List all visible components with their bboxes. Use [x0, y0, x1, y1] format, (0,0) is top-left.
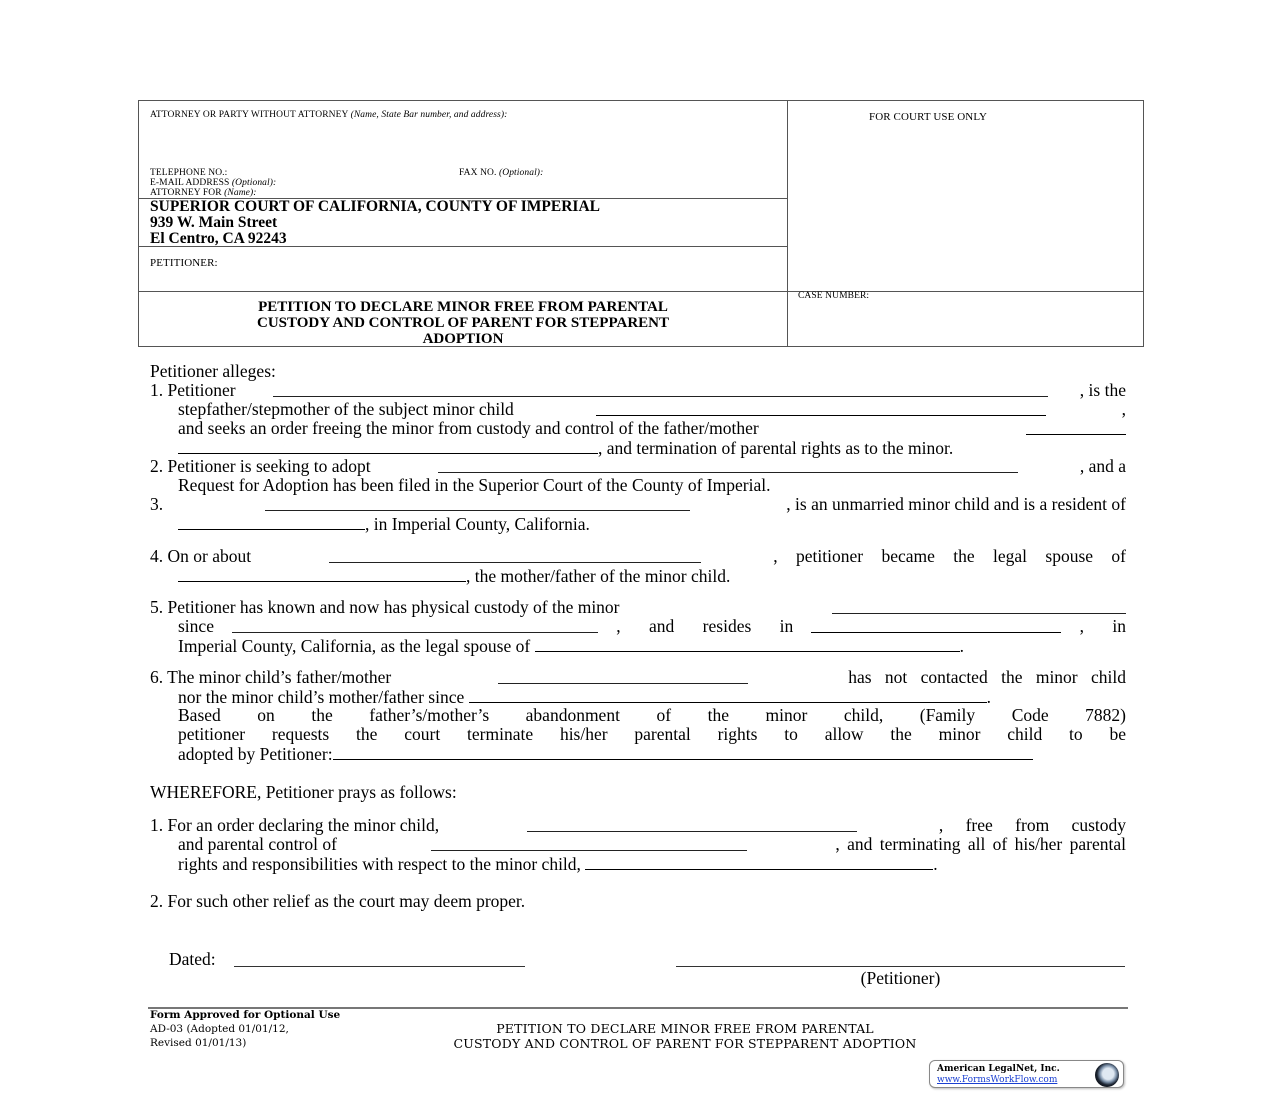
fax-field[interactable]: FAX NO. (Optional): [459, 168, 543, 178]
absent-parent-blank[interactable] [498, 668, 748, 684]
text: . [933, 854, 937, 874]
allegation-2: 2. Petitioner is seeking to adopt , and … [150, 457, 1126, 476]
attorney-for-field[interactable]: ATTORNEY FOR (Name): [150, 188, 276, 198]
petitioner-signature-line[interactable] [676, 966, 1125, 967]
text: , and terminating all of his/her parenta… [835, 835, 1126, 854]
revised-date: Revised 01/01/13) [150, 1036, 340, 1050]
allegation-6-line3: Based on the father’s/mother’s abandonme… [178, 706, 1126, 725]
prayer-2: 2. For such other relief as the court ma… [150, 892, 1126, 911]
marriage-date-blank[interactable] [329, 547, 701, 563]
prayer-minor-child-blank[interactable] [585, 854, 933, 870]
allegation-6: 6. The minor child’s father/mother has n… [150, 668, 1126, 687]
email-hint: (Optional): [232, 178, 276, 188]
text: stepfather/stepmother of the subject min… [178, 400, 514, 419]
footer-title-line: CUSTODY AND CONTROL OF PARENT FOR STEPPA… [370, 1036, 1000, 1051]
allegation-1-line2: stepfather/stepmother of the subject min… [178, 400, 1126, 419]
vendor-link[interactable]: www.FormsWorkFlow.com [937, 1075, 1057, 1085]
text: nor the minor child’s mother/father sinc… [178, 687, 464, 707]
text: and parental control of [178, 835, 337, 854]
case-number-label: CASE NUMBER: [798, 291, 869, 301]
telephone-label: TELEPHONE NO.: [150, 168, 227, 178]
text: , petitioner became the legal spouse of [773, 547, 1126, 566]
text: Imperial County, California, as the lega… [178, 636, 530, 656]
petitioner-field[interactable]: PETITIONER: [150, 257, 218, 269]
petitioner-label: PETITIONER: [150, 257, 218, 269]
text: has not contacted the minor child [848, 668, 1126, 687]
text: 1. For an order declaring the minor chil… [150, 816, 439, 835]
text: , is an unmarried minor child and is a r… [786, 495, 1126, 514]
spouse-name-blank[interactable] [178, 566, 466, 582]
text: , is the [1080, 381, 1126, 400]
petitioner-signature-label: (Petitioner) [676, 969, 1125, 988]
allegation-1-line3: and seeks an order freeing the minor fro… [178, 419, 1126, 438]
text: since [178, 617, 214, 636]
vendor-badge[interactable]: American LegalNet, Inc. www.FormsWorkFlo… [929, 1060, 1124, 1088]
fax-hint: (Optional): [499, 168, 543, 178]
allegation-6-line4: petitioner requests the court terminate … [178, 725, 1126, 744]
text: and seeks an order freeing the minor fro… [178, 419, 759, 438]
residence-blank[interactable] [178, 514, 365, 530]
allegation-5-line2: since , and resides in , in [178, 617, 1126, 636]
no-contact-since-blank[interactable] [469, 687, 987, 703]
text: . [960, 636, 964, 656]
footer-title-line: PETITION TO DECLARE MINOR FREE FROM PARE… [370, 1021, 1000, 1036]
minor-child-blank[interactable] [596, 400, 1046, 416]
legal-spouse-blank[interactable] [535, 636, 960, 652]
text: , and a [1080, 457, 1126, 476]
attorney-label: ATTORNEY OR PARTY WITHOUT ATTORNEY [150, 110, 348, 120]
prayer-minor-blank[interactable] [527, 816, 857, 832]
allegation-4: 4. On or about , petitioner became the l… [150, 547, 1126, 566]
text: 1. Petitioner [150, 381, 236, 400]
text: , in Imperial County, California. [365, 514, 590, 534]
petitioner-name-blank[interactable] [273, 381, 1048, 397]
text: 2. Petitioner is seeking to adopt [150, 457, 371, 476]
allegation-1-line4: , and termination of parental rights as … [178, 438, 1126, 458]
telephone-field[interactable]: TELEPHONE NO.: [150, 168, 276, 178]
fax-label: FAX NO. [459, 168, 496, 178]
text: , in [1080, 617, 1126, 636]
minor-name-blank[interactable] [265, 495, 690, 511]
alleges-intro: Petitioner alleges: [150, 362, 1126, 381]
custody-since-blank[interactable] [232, 617, 598, 633]
text: , the mother/father of the minor child. [466, 566, 730, 586]
prayer-parent-blank[interactable] [431, 835, 747, 851]
allegation-5-line3: Imperial County, California, as the lega… [178, 636, 1126, 656]
court-name: SUPERIOR COURT OF CALIFORNIA, COUNTY OF … [150, 199, 600, 215]
allegation-6-line5: adopted by Petitioner: [178, 744, 1126, 764]
allegation-2-line2: Request for Adoption has been filed in t… [178, 476, 1126, 495]
allegation-4-line2: , the mother/father of the minor child. [178, 566, 1126, 586]
text: 3. [150, 495, 163, 514]
prayer-1-line3: rights and responsibilities with respect… [178, 854, 1126, 874]
caption-rule [138, 291, 1144, 292]
court-street: 939 W. Main Street [150, 215, 600, 231]
adopting-petitioner-blank[interactable] [333, 744, 1033, 760]
attorney-for-hint: (Name): [224, 188, 256, 198]
prayer-1-line2: and parental control of , and terminatin… [178, 835, 1126, 854]
wherefore-heading: WHEREFORE, Petitioner prays as follows: [150, 783, 1126, 802]
vendor-name: American LegalNet, Inc. [937, 1064, 1060, 1074]
approved-text: Form Approved for Optional Use [150, 1008, 340, 1022]
text: 5. Petitioner has known and now has phys… [150, 598, 620, 617]
caption-divider [787, 100, 788, 347]
form-id: AD-03 (Adopted 01/01/12, [150, 1022, 340, 1036]
court-use-label: FOR COURT USE ONLY [869, 111, 987, 123]
contact-fields: TELEPHONE NO.: E-MAIL ADDRESS (Optional)… [150, 168, 276, 198]
attorney-field[interactable]: ATTORNEY OR PARTY WITHOUT ATTORNEY (Name… [150, 110, 507, 120]
email-field[interactable]: E-MAIL ADDRESS (Optional): [150, 178, 276, 188]
text: , and termination of parental rights as … [598, 438, 953, 458]
dated-blank[interactable] [234, 966, 525, 967]
text: adopted by Petitioner: [178, 744, 333, 764]
allegation-3: 3. , is an unmarried minor child and is … [150, 495, 1126, 514]
form-title-line: ADOPTION [140, 331, 786, 347]
case-number-field[interactable]: CASE NUMBER: [798, 291, 869, 301]
dated-label: Dated: [169, 950, 216, 969]
court-info: SUPERIOR COURT OF CALIFORNIA, COUNTY OF … [150, 199, 600, 247]
attorney-hint: (Name, State Bar number, and address): [351, 110, 508, 120]
custody-minor-blank[interactable] [832, 598, 1126, 614]
text: . [987, 687, 991, 707]
attorney-for-label: ATTORNEY FOR [150, 188, 222, 198]
allegation-5: 5. Petitioner has known and now has phys… [150, 598, 1126, 617]
text: 4. On or about [150, 547, 251, 566]
email-label: E-MAIL ADDRESS [150, 178, 229, 188]
resides-in-blank[interactable] [811, 617, 1061, 633]
allegation-3-line2: , in Imperial County, California. [178, 514, 1126, 534]
prayer-1: 1. For an order declaring the minor chil… [150, 816, 1126, 835]
allegation-6-line2: nor the minor child’s mother/father sinc… [178, 687, 1126, 707]
text: , free from custody [939, 816, 1126, 835]
adoptee-name-blank[interactable] [438, 457, 1018, 473]
court-city: El Centro, CA 92243 [150, 231, 600, 247]
globe-logo-icon [1095, 1063, 1119, 1087]
allegation-1: 1. Petitioner , is the [150, 381, 1126, 400]
form-title-line: CUSTODY AND CONTROL OF PARENT FOR STEPPA… [140, 315, 786, 331]
text: , [1122, 400, 1126, 419]
form-title-line: PETITION TO DECLARE MINOR FREE FROM PARE… [140, 299, 786, 315]
form-approval: Form Approved for Optional Use AD-03 (Ad… [150, 1008, 340, 1050]
text: rights and responsibilities with respect… [178, 854, 581, 874]
parent-name-blank-cont[interactable] [178, 438, 598, 454]
text: , and resides in [616, 617, 793, 636]
footer-title: PETITION TO DECLARE MINOR FREE FROM PARE… [370, 1021, 1000, 1051]
parent-name-blank[interactable] [1026, 419, 1126, 435]
form-title: PETITION TO DECLARE MINOR FREE FROM PARE… [140, 299, 786, 347]
text: 6. The minor child’s father/mother [150, 668, 391, 687]
